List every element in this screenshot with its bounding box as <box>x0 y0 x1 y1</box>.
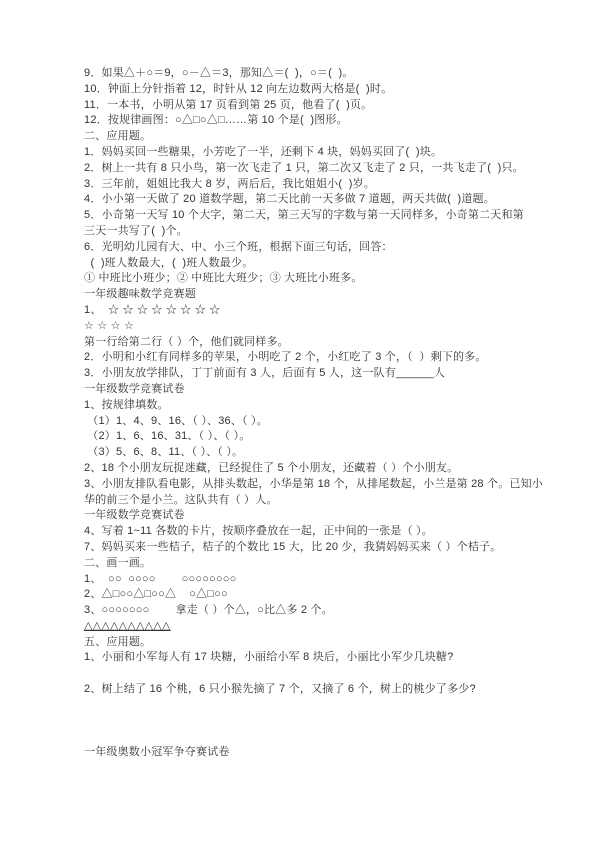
blank-line <box>84 714 544 730</box>
document-page: 9．如果△＋○＝9，○－△＝3，那知△＝( )，○＝( )。10．钟面上分针指着… <box>0 0 595 842</box>
document-line: 二、画一画。 <box>84 556 544 572</box>
document-line: 10．钟面上分针指着 12，时针从 12 向左边数两大格是( )时。 <box>84 82 544 98</box>
document-line: 三天一共写了( )个。 <box>84 224 544 240</box>
document-line: 4、写着 1~11 各数的卡片，按顺序叠放在一起，正中间的一张是（ ）。 <box>84 524 544 540</box>
blank-line <box>84 729 544 745</box>
document-line: 五、应用题。 <box>84 635 544 651</box>
blank-line <box>84 698 544 714</box>
document-line: 4．小小第一天做了 20 道数学题，第二天比前一天多做 7 道题，两天共做( )… <box>84 192 544 208</box>
document-line: 3．小朋友放学排队，丁丁前面有 3 人，后面有 5 人，这一队有______人 <box>84 366 544 382</box>
document-body: 9．如果△＋○＝9，○－△＝3，那知△＝( )，○＝( )。10．钟面上分针指着… <box>84 66 544 761</box>
document-line: 2、树上结了 16 个桃，6 只小猴先摘了 7 个，又摘了 6 个，树上的桃少了… <box>84 682 544 698</box>
document-line: 2、△□○○△□○○△ ○△□○○ <box>84 587 544 603</box>
document-line: 3、小朋友排队看电影，从排头数起，小华是第 18 个，从排尾数起，小兰是第 28… <box>84 477 544 493</box>
document-line: 2．树上一共有 8 只小鸟，第一次飞走了 1 只，第二次又飞走了 2 只，一共飞… <box>84 161 544 177</box>
document-line: （1）1、4、9、16、（ ）、36、（ ）。 <box>84 414 544 430</box>
document-line: 二、应用题。 <box>84 129 544 145</box>
document-line: ① 中班比小班少；② 中班比大班少；③ 大班比小班多。 <box>84 271 544 287</box>
blank-line <box>84 666 544 682</box>
document-line: 7、妈妈买来一些桔子，桔子的个数比 15 大，比 20 少，我猜妈妈买来（ ）个… <box>84 540 544 556</box>
document-line: 12．按规律画图：○△□○△□……第 10 个是( )图形。 <box>84 113 544 129</box>
document-line: 华的前三个是小兰。这队共有（ ）人。 <box>84 493 544 509</box>
document-line: 6．光明幼儿园有大、中、小三个班，根据下面三句话，回答： <box>84 240 544 256</box>
document-line: 1．妈妈买回一些糖果，小芳吃了一半，还剩下 4 块，妈妈买回了( )块。 <box>84 145 544 161</box>
document-line: 一年级数学竞赛试卷 <box>84 382 544 398</box>
document-line: 一年级数学竞赛试卷 <box>84 508 544 524</box>
document-line: 1、按规律填数。 <box>84 398 544 414</box>
document-line: 11．一本书，小明从第 17 页看到第 25 页，他看了( )页。 <box>84 98 544 114</box>
document-line: 3．三年前，姐姐比我大 8 岁，两后后，我比姐姐小( )岁。 <box>84 177 544 193</box>
document-line: 第一行给第二行（ ）个，他们就同样多。 <box>84 335 544 351</box>
document-line: ☆ ☆ ☆ ☆ <box>84 319 544 335</box>
document-line: ( )班人数最大，( )班人数最少。 <box>84 256 544 272</box>
document-line: 5．小奇第一天写 10 个大字，第二天，第三天写的字数与第一天同样多，小奇第二天… <box>84 208 544 224</box>
document-line: 1、 ○○ ○○○○ ○○○○○○○○ <box>84 572 544 588</box>
document-line: 一年级奥数小冠军争夺赛试卷 <box>84 745 544 761</box>
document-line: 1、小丽和小军每人有 17 块糖，小丽给小军 8 块后，小丽比小军少几块糖? <box>84 650 544 666</box>
document-line: （3）5、6、8、11、（ ）、（ ）。 <box>84 445 544 461</box>
document-line: 2．小明和小红有同样多的苹果，小明吃了 2 个，小红吃了 3 个，（ ）剩下的多… <box>84 350 544 366</box>
document-line: 1、 ☆ ☆ ☆ ☆ ☆ ☆ ☆ ☆ <box>84 303 544 319</box>
document-line: 2、18 个小朋友玩捉迷藏，已经捉住了 5 个小朋友，还藏着（ ）个小朋友。 <box>84 461 544 477</box>
document-line: 9．如果△＋○＝9，○－△＝3，那知△＝( )，○＝( )。 <box>84 66 544 82</box>
document-line: （2）1、6、16、31、（ ）、（ ）。 <box>84 429 544 445</box>
document-line: △△△△△△△△△△ <box>84 619 544 635</box>
document-line: 3、○○○○○○○ 拿走（ ）个△，○比△多 2 个。 <box>84 603 544 619</box>
document-line: 一年级趣味数学竞赛题 <box>84 287 544 303</box>
